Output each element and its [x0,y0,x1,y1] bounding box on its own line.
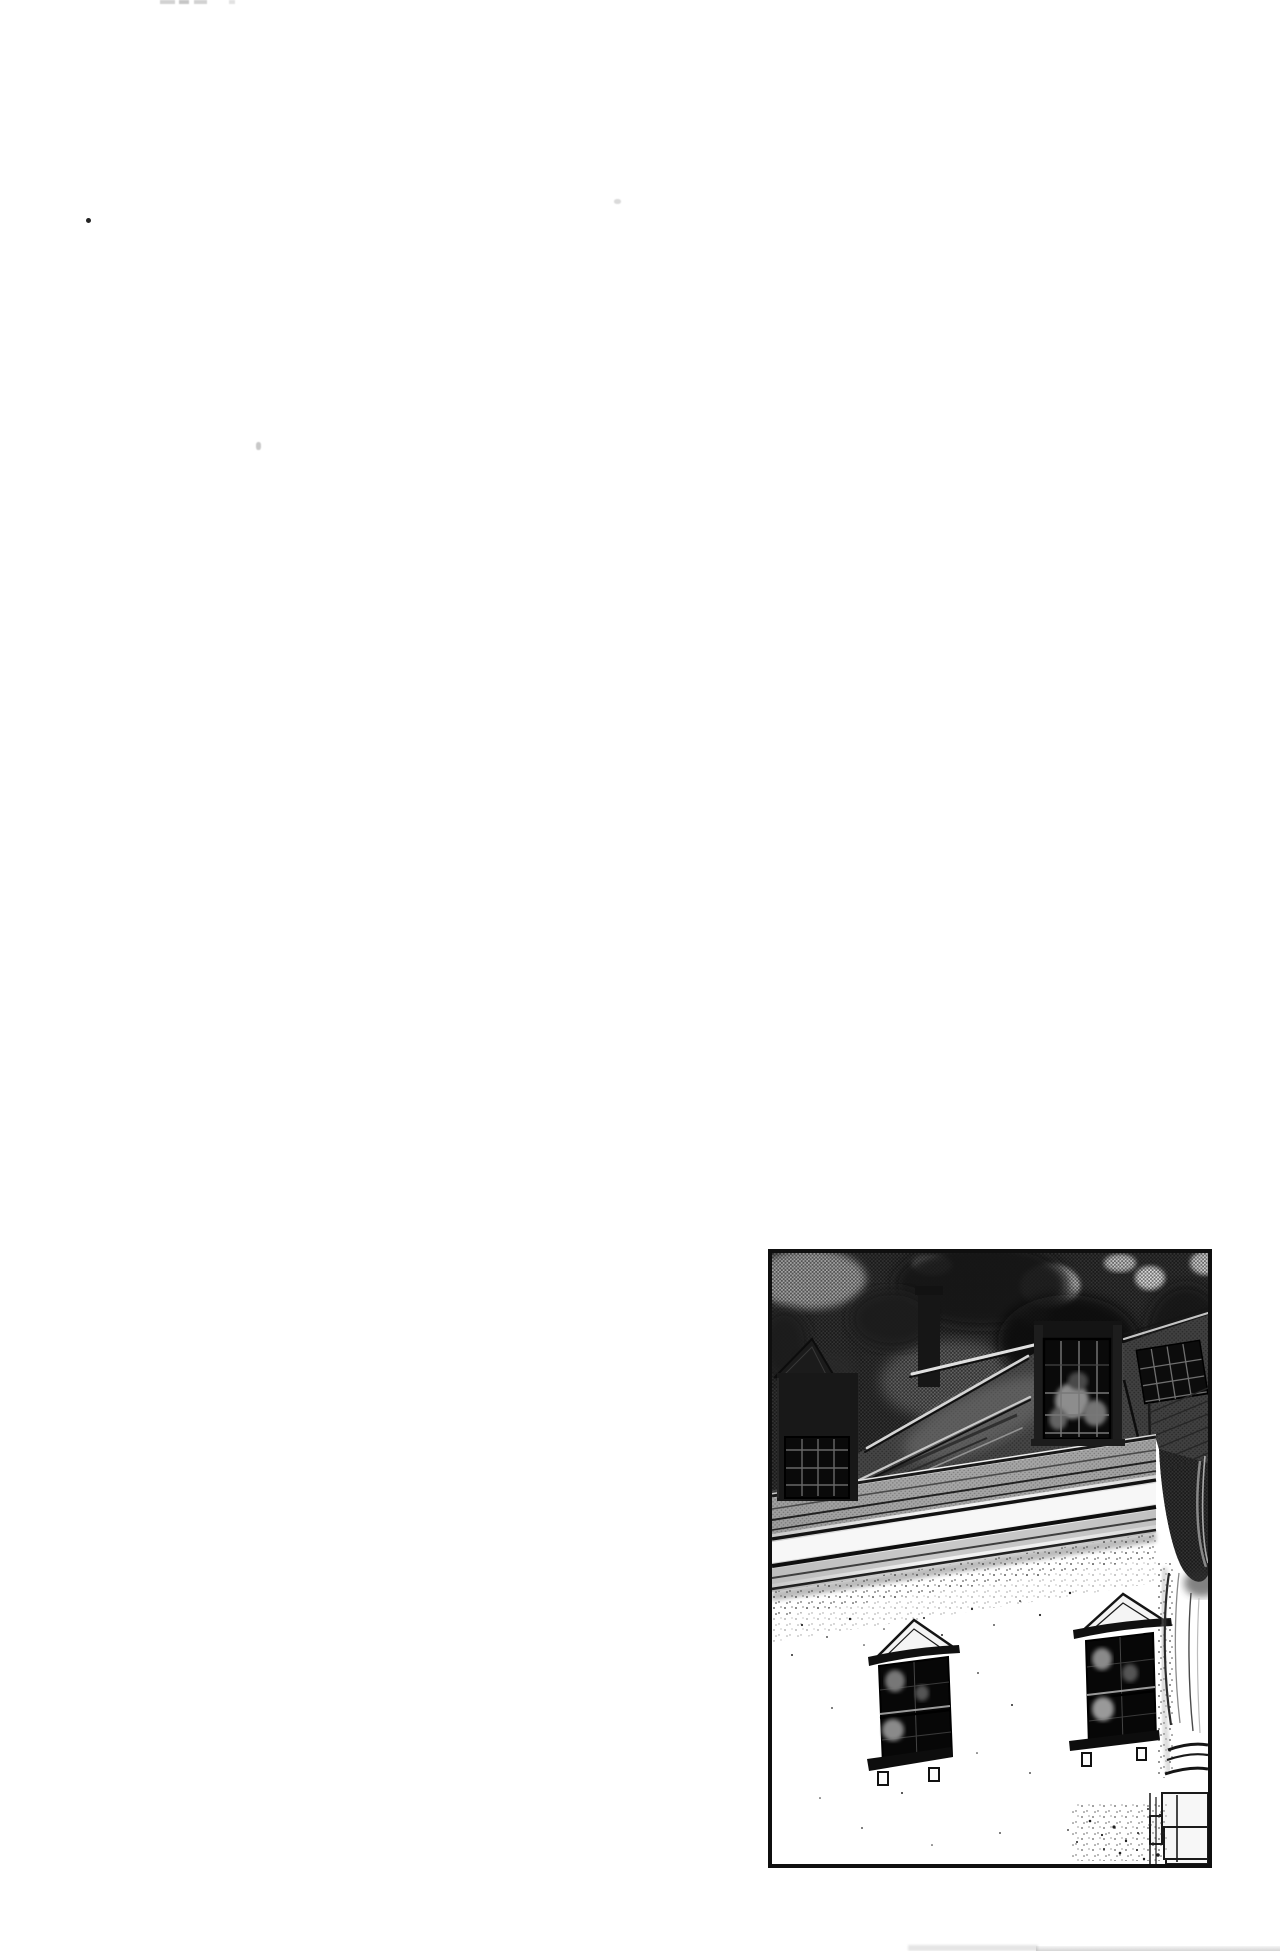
right-face-window [1136,1340,1208,1403]
manga-panel [768,1249,1212,1868]
panel-illustration [772,1253,1208,1864]
left-dormer-window [785,1437,849,1498]
ink-dot [86,218,91,223]
top-edge-smudge [179,0,189,4]
manga-page: { "page": { "background": "#ffffff", "in… [0,0,1280,1951]
top-edge-smudge [229,0,235,4]
top-edge-smudge [194,0,207,4]
top-edge-smudge [160,0,175,4]
corner-speckle-cluster [1067,1803,1168,1861]
right-dormer [1031,1321,1125,1446]
bottom-edge-band [1036,1946,1280,1951]
bottom-edge-band [908,1945,1038,1951]
faint-speck-upper [614,199,621,204]
right-dormer-sill [1031,1439,1125,1446]
faint-speck-mid [256,442,261,450]
